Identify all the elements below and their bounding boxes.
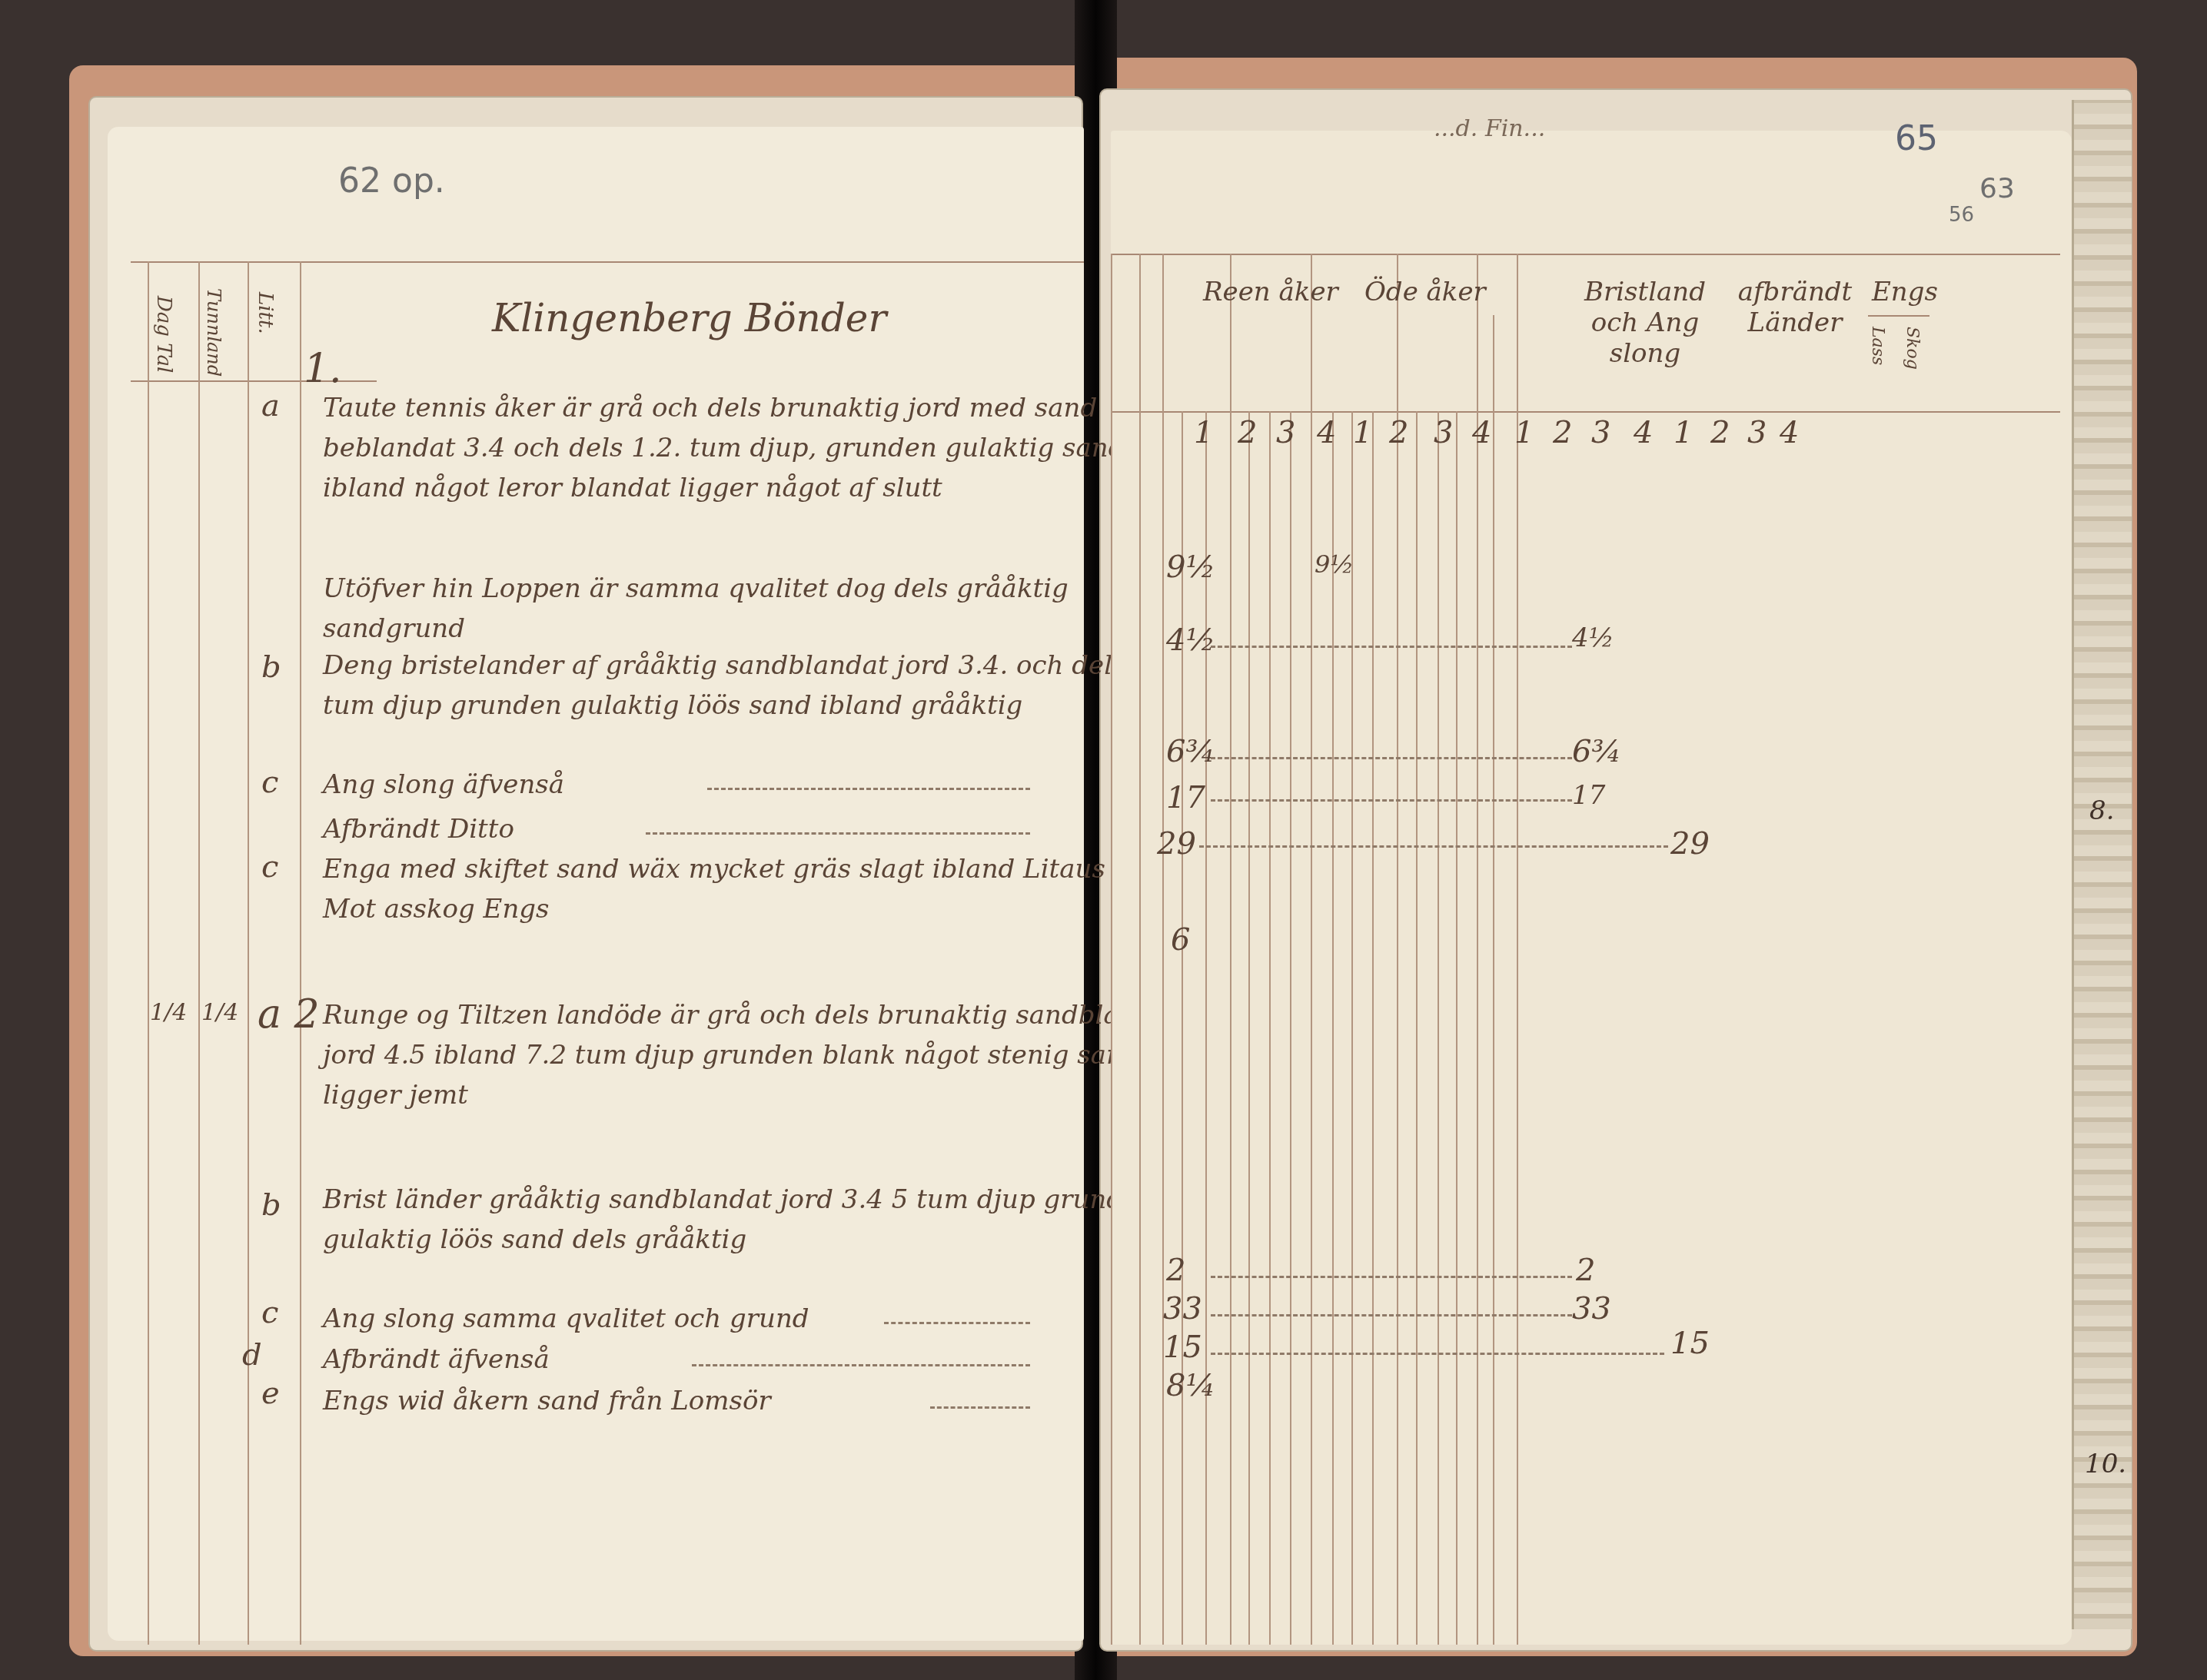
row-mark: 17: [1572, 780, 1605, 811]
subcol-number: 3: [1434, 415, 1453, 450]
subcol-number: 3: [1591, 415, 1610, 450]
entry-description: Enga med skiftet sand wäx mycket gräs sl…: [323, 849, 1184, 929]
litt-label: c: [261, 849, 278, 885]
engs-subcol-skog: Skog: [1903, 327, 1922, 370]
page-title: Klingenberg Bönder: [492, 296, 886, 340]
left-page: 62 op. Dag Tal Tunnland Litt. Klingenber…: [108, 127, 1084, 1641]
section-number-1: 1.: [304, 346, 342, 392]
subcol-number: 1: [1674, 415, 1693, 450]
column-group-ode-aker: Öde åker: [1364, 277, 1486, 307]
edge-number-10: 10.: [2085, 1449, 2126, 1479]
entry-description: Taute tennis åker är grå och dels brunak…: [323, 388, 1192, 508]
row-mark: 4½: [1572, 623, 1614, 653]
row-total: 33: [1163, 1291, 1202, 1326]
subcol-number: 3: [1276, 415, 1295, 450]
subcol-number: 2: [1389, 415, 1408, 450]
fraction-dagtal: 1/4: [150, 999, 187, 1026]
row-total: 15: [1163, 1330, 1202, 1365]
row-total: 6: [1171, 922, 1190, 958]
subcol-number: 2: [1238, 415, 1257, 450]
entry-description: Afbrändt Ditto: [323, 809, 514, 849]
row-total: 2: [1166, 1253, 1185, 1288]
subcol-number: 1: [1194, 415, 1213, 450]
entry-description: Ang slong samma qvalitet och grund: [323, 1299, 809, 1339]
litt-label: c: [261, 765, 278, 800]
fraction-tunnland: 1/4: [201, 999, 238, 1026]
entry-description: Utöfver hin Loppen är samma qvalitet dog…: [323, 569, 1192, 649]
column-group-reen-aker: Reen åker: [1203, 277, 1338, 307]
entry-description: Runge og Tiltzen landöde är grå och dels…: [323, 995, 1184, 1115]
pencil-folio-left: 62 op.: [338, 161, 445, 201]
row-total: 8¼: [1166, 1368, 1215, 1403]
row-mark: 2: [1576, 1253, 1595, 1288]
right-page: ...d. Fin... 65 63 56 Reen åker Öde åker…: [1111, 131, 2072, 1645]
row-total: 9½: [1166, 549, 1215, 585]
subcol-number: 1: [1514, 415, 1534, 450]
row-total: 29: [1157, 826, 1196, 862]
row-mark: 29: [1670, 826, 1710, 862]
entry-description: Engs wid åkern sand från Lomsör: [323, 1381, 771, 1421]
litt-label: b: [261, 1187, 281, 1223]
litt-label: e: [261, 1376, 280, 1411]
subcol-number: 1: [1353, 415, 1372, 450]
litt-label: c: [261, 1295, 278, 1330]
row-mark: 6¾: [1572, 734, 1621, 769]
row-mark: 9½: [1315, 549, 1354, 579]
entry-description: Ang slong äfvenså: [323, 765, 564, 805]
column-group-engs: Engs: [1872, 277, 1938, 307]
edge-number-8: 8.: [2089, 795, 2114, 826]
subcol-number: 4: [1472, 415, 1491, 450]
subcol-number: 4: [1634, 415, 1653, 450]
column-header-dagtal: Dag Tal: [152, 296, 175, 373]
litt-label: b: [261, 649, 281, 685]
entry-description: Deng bristelander af grååktig sandblanda…: [323, 646, 1192, 725]
row-total: 6¾: [1166, 734, 1215, 769]
subcol-number: 4: [1317, 415, 1336, 450]
entry-description: Afbrändt äfvenså: [323, 1340, 550, 1380]
pencil-folio-65: 65: [1895, 119, 1938, 158]
pencil-folio-56: 56: [1949, 204, 1974, 227]
row-mark: 15: [1670, 1326, 1710, 1361]
column-group-bristland: Bristland och Ang slong: [1557, 277, 1733, 369]
header-fragment: ...d. Fin...: [1434, 115, 1545, 142]
row-mark: 33: [1572, 1291, 1611, 1326]
pencil-folio-63: 63: [1979, 173, 2015, 204]
column-header-tunnland: Tunnland: [203, 288, 224, 377]
litt-label: d: [242, 1337, 262, 1373]
entry-description: Brist länder grååktig sandblandat jord 3…: [323, 1180, 1184, 1260]
subcol-number: 3: [1747, 415, 1767, 450]
subcol-number: 2: [1710, 415, 1730, 450]
subcol-number: 2: [1553, 415, 1572, 450]
torn-page-edge: [2072, 100, 2132, 1629]
section-number-2: a 2: [258, 991, 320, 1038]
subcol-number: 4: [1780, 415, 1799, 450]
litt-label: a: [261, 388, 280, 423]
engs-subcol-lass: Lass: [1868, 327, 1887, 365]
row-total: 4½: [1166, 623, 1215, 658]
column-header-litt: Litt.: [254, 292, 277, 334]
column-group-afbrandt: afbrändt Länder: [1722, 277, 1868, 338]
row-total: 17: [1166, 780, 1205, 815]
